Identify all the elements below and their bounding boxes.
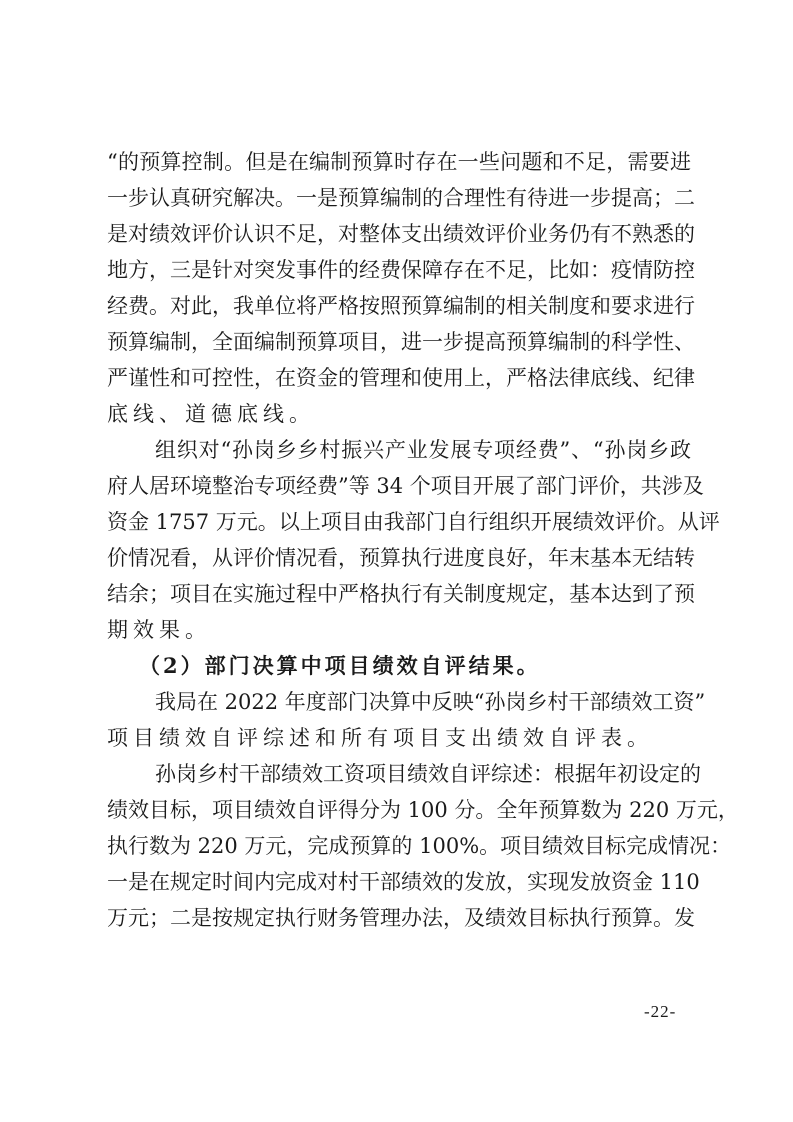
text-line: 经费。对此，我单位将严格按照预算编制的相关制度和要求进行 [107,288,691,324]
page-number: -22- [644,1002,676,1022]
text-line: 严谨性和可控性，在资金的管理和使用上，严格法律底线、纪律 [107,360,691,396]
paragraph-cadre-performance-summary: 孙岗乡村干部绩效工资项目绩效自评综述：根据年初设定的 绩效目标，项目绩效自评得分… [107,756,691,936]
text-line: 项目绩效自评综述和所有项目支出绩效自评表。 [107,720,691,756]
section-heading: （2）部门决算中项目绩效自评结果。 [107,648,691,684]
text-line: 期效果。 [107,612,691,648]
text-line: 地方，三是针对突发事件的经费保障存在不足，比如：疫情防控 [107,252,691,288]
text-line: “的预算控制。但是在编制预算时存在一些问题和不足，需要进 [107,144,691,180]
paragraph-department-evaluation: 组织对“孙岗乡乡村振兴产业发展专项经费”、“孙岗乡政 府人居环境整治专项经费”等… [107,432,691,648]
text-line: 价情况看，从评价情况看，预算执行进度良好，年末基本无结转 [107,540,691,576]
document-page: “的预算控制。但是在编制预算时存在一些问题和不足，需要进 一步认真研究解决。一是… [0,0,793,1122]
text-line: 万元；二是按规定执行财务管理办法，及绩效目标执行预算。发 [107,900,691,936]
text-line: 是对绩效评价认识不足，对整体支出绩效评价业务仍有不熟悉的 [107,216,691,252]
heading-text: （2）部门决算中项目绩效自评结果。 [107,648,691,684]
text-line: 一步认真研究解决。一是预算编制的合理性有待进一步提高；二 [107,180,691,216]
text-line: 底线、道德底线。 [107,396,691,432]
body-text: “的预算控制。但是在编制预算时存在一些问题和不足，需要进 一步认真研究解决。一是… [107,144,691,936]
text-line: 绩效目标，项目绩效自评得分为 100 分。全年预算数为 220 万元， [107,792,691,828]
text-line: 我局在 2022 年度部门决算中反映“孙岗乡村干部绩效工资” [107,684,691,720]
text-line: 执行数为 220 万元，完成预算的 100%。项目绩效目标完成情况： [107,828,691,864]
paragraph-budget-control: “的预算控制。但是在编制预算时存在一些问题和不足，需要进 一步认真研究解决。一是… [107,144,691,432]
text-line: 孙岗乡村干部绩效工资项目绩效自评综述：根据年初设定的 [107,756,691,792]
text-line: 资金 1757 万元。以上项目由我部门自行组织开展绩效评价。从评 [107,504,691,540]
paragraph-final-accounts: 我局在 2022 年度部门决算中反映“孙岗乡村干部绩效工资” 项目绩效自评综述和… [107,684,691,756]
text-line: 预算编制，全面编制预算项目，进一步提高预算编制的科学性、 [107,324,691,360]
text-line: 府人居环境整治专项经费”等 34 个项目开展了部门评价，共涉及 [107,468,691,504]
text-line: 结余；项目在实施过程中严格执行有关制度规定，基本达到了预 [107,576,691,612]
text-line: 组织对“孙岗乡乡村振兴产业发展专项经费”、“孙岗乡政 [107,432,691,468]
text-line: 一是在规定时间内完成对村干部绩效的发放，实现发放资金 110 [107,864,691,900]
